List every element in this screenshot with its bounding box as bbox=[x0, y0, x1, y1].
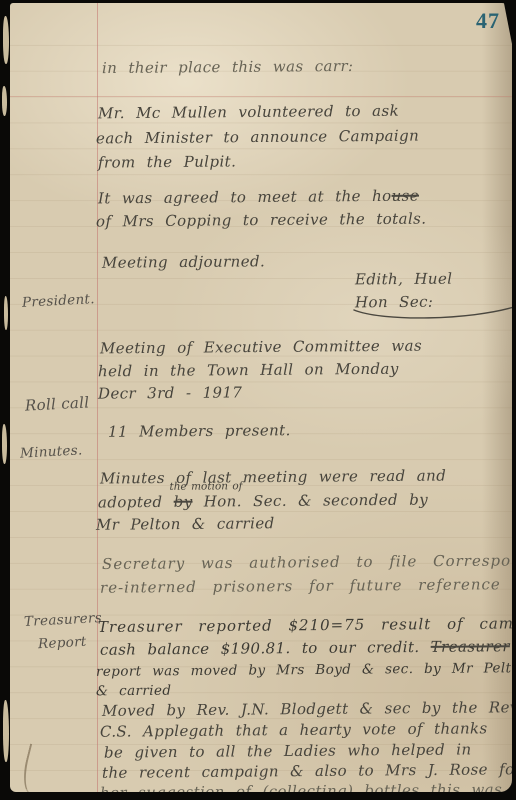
margin-note-treasurers-report-2: Report bbox=[38, 634, 87, 653]
handwritten-line: Decr 3rd - 1917 bbox=[98, 383, 242, 402]
torn-edge-fragment bbox=[3, 16, 9, 64]
handwritten-line: the recent campaign & also to Mrs J. Ros… bbox=[102, 760, 512, 782]
handwritten-line: Meeting of Executive Committee was bbox=[100, 337, 422, 358]
torn-edge-fragment bbox=[4, 296, 8, 330]
signature-flourish bbox=[350, 303, 512, 327]
handwritten-line: re-interned prisoners for future referen… bbox=[100, 575, 501, 596]
torn-edge-fragment bbox=[3, 700, 9, 762]
handwritten-line: & carried bbox=[96, 683, 172, 700]
torn-edge-fragment bbox=[2, 86, 7, 116]
torn-edge-fragment bbox=[2, 424, 7, 464]
handwritten-line: in their place this was carr: bbox=[102, 57, 354, 77]
handwritten-line: Meeting adjourned. bbox=[102, 252, 265, 271]
line-text: It was agreed to meet at the ho bbox=[98, 187, 392, 208]
signature-name: Edith, Huel bbox=[355, 270, 453, 289]
ledger-page: 47 President. Roll call Minutes. Treasur… bbox=[10, 3, 512, 792]
page-number: 47 bbox=[476, 8, 500, 34]
struck-text: Treasurer bbox=[431, 637, 510, 656]
handwritten-line: report was moved by Mrs Boyd & sec. by M… bbox=[96, 660, 512, 680]
handwritten-line: her suggestion of (collecting) bottles t… bbox=[100, 780, 512, 792]
line-text: adopted bbox=[98, 493, 174, 512]
line-text: Hon. Sec. & seconded by bbox=[192, 491, 428, 511]
line-text: cash balance $190.81. to our credit. bbox=[100, 638, 431, 659]
correction: the motion ofby bbox=[174, 493, 193, 511]
margin-note-treasurers-report-1: Treasurers bbox=[24, 610, 103, 630]
handwritten-line: adopted the motion ofby Hon. Sec. & seco… bbox=[98, 491, 428, 512]
margin-note-roll-call: Roll call bbox=[25, 393, 90, 414]
handwritten-line: It was agreed to meet at the house bbox=[98, 187, 419, 208]
struck-text: use bbox=[391, 187, 419, 205]
handwritten-line: C.S. Applegath that a hearty vote of tha… bbox=[100, 719, 488, 740]
handwritten-line: be given to all the Ladies who helped in bbox=[104, 740, 472, 761]
paper-crease bbox=[18, 744, 47, 792]
handwritten-line: Mr Pelton & carried bbox=[96, 514, 275, 534]
handwritten-line: Secretary was authorised to file Corresp… bbox=[102, 551, 512, 573]
handwritten-line: of Mrs Copping to receive the totals. bbox=[96, 210, 427, 231]
handwritten-line: Minutes of last meeting were read and bbox=[100, 466, 446, 487]
inserted-text: the motion of bbox=[169, 480, 242, 493]
handwritten-line: Mr. Mc Mullen volunteered to ask bbox=[98, 102, 399, 123]
ledger-photo: 47 President. Roll call Minutes. Treasur… bbox=[0, 0, 516, 800]
struck-text: by bbox=[174, 493, 193, 511]
handwritten-line: Treasurer reported $210=75 result of cam… bbox=[98, 614, 512, 636]
handwritten-line: cash balance $190.81. to our credit. Tre… bbox=[100, 637, 510, 659]
handwritten-line: held in the Town Hall on Monday bbox=[98, 360, 399, 381]
handwritten-line: Moved by Rev. J.N. Blodgett & sec by the… bbox=[102, 698, 512, 720]
handwritten-line: 11 Members present. bbox=[108, 421, 291, 441]
handwritten-line: from the Pulpit. bbox=[98, 152, 236, 171]
margin-note-minutes: Minutes. bbox=[20, 442, 83, 461]
margin-note-president: President. bbox=[22, 291, 96, 311]
handwritten-line: each Minister to announce Campaign bbox=[96, 127, 419, 148]
header-rule bbox=[10, 96, 512, 97]
